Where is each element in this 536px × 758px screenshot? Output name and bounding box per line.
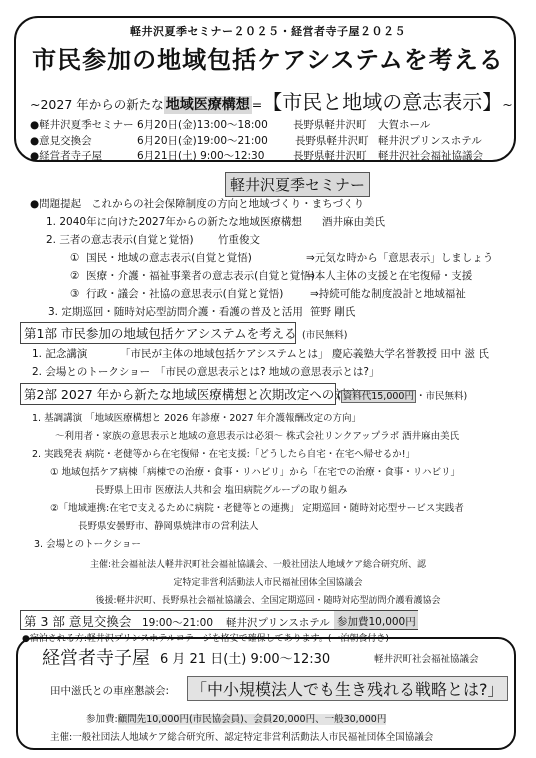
part3-fee: 参加費10,000円	[337, 614, 416, 629]
item-text: 三者の意志表示(自覚と覚悟)	[59, 234, 193, 246]
schedule-row: ●経営者寺子屋 6月21日(土) 9:00～12:30 長野県軽井沢町 軽井沢社…	[0, 148, 536, 164]
problem-statement: ●問題提起 これからの社会保障制度の方向と地域づくり・まちづくり	[30, 196, 364, 211]
sub-num: ②	[70, 270, 79, 282]
sub-text: 行政・議会・社協の意思表示(自覚と覚悟)	[86, 288, 283, 300]
main-title: 市民参加の地域包括ケアシステムを考える	[0, 40, 536, 75]
seminar-item: 3. 定期巡回・随時対応型訪問介護・看護の普及と活用	[48, 304, 303, 319]
part3-time: 19:00～21:00	[142, 615, 213, 630]
part2-line: ②「地域連携:在宅で支えるために病院・老健等との連携」 定期巡回・随時対応型サー…	[50, 500, 464, 514]
item-num: 1.	[32, 348, 42, 360]
sub-item: ② 医療・介護・福祉事業者の意志表示(自覚と覚悟)	[70, 268, 315, 283]
subtitle-eq: =	[252, 97, 262, 112]
sub-result: ⇒元気な時から「意思表示」しましょう	[306, 250, 493, 265]
schedule-event: ●経営者寺子屋	[30, 148, 102, 163]
schedule-venue: 軽井沢プリンスホテル	[378, 133, 482, 148]
seminar-item: 1. 2040年に向けた2027年からの新たな地域医療構想	[46, 214, 302, 229]
part2-title: 第2部 2027 年から新たな地域医療構想と次期改定への対応	[20, 383, 336, 405]
talk-title: 「中小規模法人でも生き残れる戦略とは?」	[187, 676, 508, 701]
schedule-row: ●軽井沢夏季セミナー 6月20日(金)13:00～18:00 長野県軽井沢町 大…	[0, 117, 536, 133]
item-text: 定期巡回・随時対応型訪問介護・看護の普及と活用	[61, 306, 303, 318]
item-num: 2.	[46, 234, 56, 246]
schedule-place: 長野県軽井沢町	[293, 117, 367, 132]
sub-num: ③	[70, 288, 79, 300]
item-text: 2040年に向けた2027年からの新たな地域医療構想	[59, 216, 301, 228]
fee-highlight: 資料代15,000円	[341, 390, 416, 403]
seminar-item: 2. 三者の意志表示(自覚と覚悟)	[46, 232, 194, 247]
part1-item: 2. 会場とのトークショー	[32, 364, 150, 379]
fee-rest: ・市民無料)	[416, 391, 467, 402]
seminar-section-title: 軽井沢夏季セミナー	[225, 172, 370, 197]
schedule-event: ●意見交換会	[30, 133, 92, 148]
item-num: 1.	[46, 216, 56, 228]
part1-item: 1. 記念講演	[32, 346, 87, 361]
sub-num: ①	[70, 252, 79, 264]
part2-line: 長野県安曇野市、静岡県焼津市の営利法人	[78, 518, 259, 532]
schedule-row: ●意見交換会 6月20日(金)19:00～21:00 長野県軽井沢町 軽井沢プリ…	[0, 133, 536, 149]
item-text: 「市民の意思表示とは? 地域の意思表示とは?」	[155, 364, 379, 379]
terakoya-venue: 軽井沢町社会福祉協議会	[374, 651, 479, 665]
sub-item: ③ 行政・議会・社協の意思表示(自覚と覚悟)	[70, 286, 283, 301]
part2-line: 長野県上田市 医療法人共和会 塩田病院グループの取り組み	[95, 482, 347, 496]
item-text: 「市民が主体の地域包括ケアシステムとは」 慶応義塾大学名誉教授 田中 滋 氏	[120, 346, 489, 361]
subtitle: ~2027 年からの新たな地域医療構想=【市民と地域の意志表示】~	[30, 86, 513, 115]
schedule-venue: 大賀ホール	[378, 117, 430, 132]
sub-text: 国民・地域の意志表示(自覚と覚悟)	[86, 252, 252, 264]
part3-title: 第 3 部 意見交換会	[24, 612, 131, 630]
schedule-event: ●軽井沢夏季セミナー	[30, 117, 134, 132]
fee-label: 参加費:	[86, 714, 118, 725]
problem-text: これからの社会保障制度の方向と地域づくり・まちづくり	[91, 198, 364, 210]
sub-text: 医療・介護・福祉事業者の意志表示(自覚と覚悟)	[86, 270, 315, 282]
part2-organizer: 主催:社会福祉法人軽井沢町社会福祉協議会、一般社団法人地域ケア総合研究所、認	[90, 557, 426, 570]
item-label: 記念講演	[45, 348, 87, 360]
terakoya-date: 6 月 21 日(土) 9:00～12:30	[160, 648, 330, 667]
part1-fee: (市民無料)	[302, 327, 347, 341]
sub-result: ⇒持続可能な制度設計と地域福祉	[310, 286, 466, 301]
problem-label: ●問題提起	[30, 198, 81, 210]
item-label: 会場とのトークショー	[45, 366, 150, 378]
part2-line: 3. 会場とのトークショー	[34, 536, 141, 550]
subtitle-suffix: ~	[502, 97, 512, 112]
part2-supporter: 後援:軽井沢町、長野県社会福祉協議会、全国定期巡回・随時対応型訪問介護看護協会	[0, 593, 536, 606]
part1-title: 第1部 市民参加の地域包括ケアシステムを考える	[20, 322, 296, 344]
subtitle-prefix: ~2027 年からの新たな	[30, 97, 164, 112]
part2-fee: (資料代15,000円・市民無料)	[337, 388, 467, 402]
part2-line: 1. 基調講演 「地域医療構想と 2026 年診療・2027 年介護報酬改定の方…	[32, 410, 361, 424]
item-num: 3.	[48, 306, 58, 318]
schedule-date: 6月21日(土) 9:00～12:30	[137, 148, 264, 163]
sub-result: ⇒本人主体の支援と在宅復帰・支援	[306, 268, 472, 283]
subtitle-highlight: 地域医療構想	[164, 96, 252, 114]
schedule-date: 6月20日(金)19:00～21:00	[137, 133, 268, 148]
sub-item: ① 国民・地域の意志表示(自覚と覚悟)	[70, 250, 252, 265]
item-speaker: 笹野 剛氏	[310, 304, 355, 319]
item-speaker: 酒井麻由美氏	[322, 214, 385, 229]
talk-label: 田中滋氏との車座懇談会:	[50, 683, 169, 698]
terakoya-fee: 参加費:顧問先10,000円(市民協会員)、会員20,000円、一般30,000…	[86, 711, 386, 725]
terakoya-title: 経営者寺子屋	[42, 644, 150, 670]
part3-venue: 軽井沢プリンスホテル	[226, 615, 330, 630]
subtitle-big: 【市民と地域の意志表示】	[262, 90, 502, 114]
series-title: 軽井沢夏季セミナー２０２５・経営者寺子屋２０２５	[0, 23, 536, 39]
schedule-place: 長野県軽井沢町	[293, 148, 367, 163]
part2-line: ～利用者・家族の意思表示と地域の意思表示は必須～ 株式会社リンクアップラボ 酒井…	[55, 428, 459, 442]
part2-line: ① 地域包括ケア病棟「病棟での治療・食事・リハビリ」から「在宅での治療・食事・リ…	[50, 464, 460, 478]
item-num: 2.	[32, 366, 42, 378]
fee-text: 顧問先10,000円(市民協会員)、会員20,000円、一般30,000円	[118, 714, 387, 725]
terakoya-organizer: 主催:一般社団法人地域ケア総合研究所、認定特定非営利活動法人市民福祉団体全国協議…	[50, 729, 433, 743]
schedule-venue: 軽井沢社会福祉協議会	[378, 148, 483, 163]
part2-line: 2. 実践発表 病院・老健等から在宅復帰・在宅支援:「どうしたら自宅・在宅へ帰せ…	[32, 446, 415, 460]
part2-organizer-cont: 定特定非営利活動法人市民福祉団体全国協議会	[0, 575, 536, 588]
schedule-place: 長野県軽井沢町	[295, 133, 369, 148]
schedule-date: 6月20日(金)13:00～18:00	[137, 117, 268, 132]
item-speaker: 竹重俊文	[218, 232, 260, 247]
